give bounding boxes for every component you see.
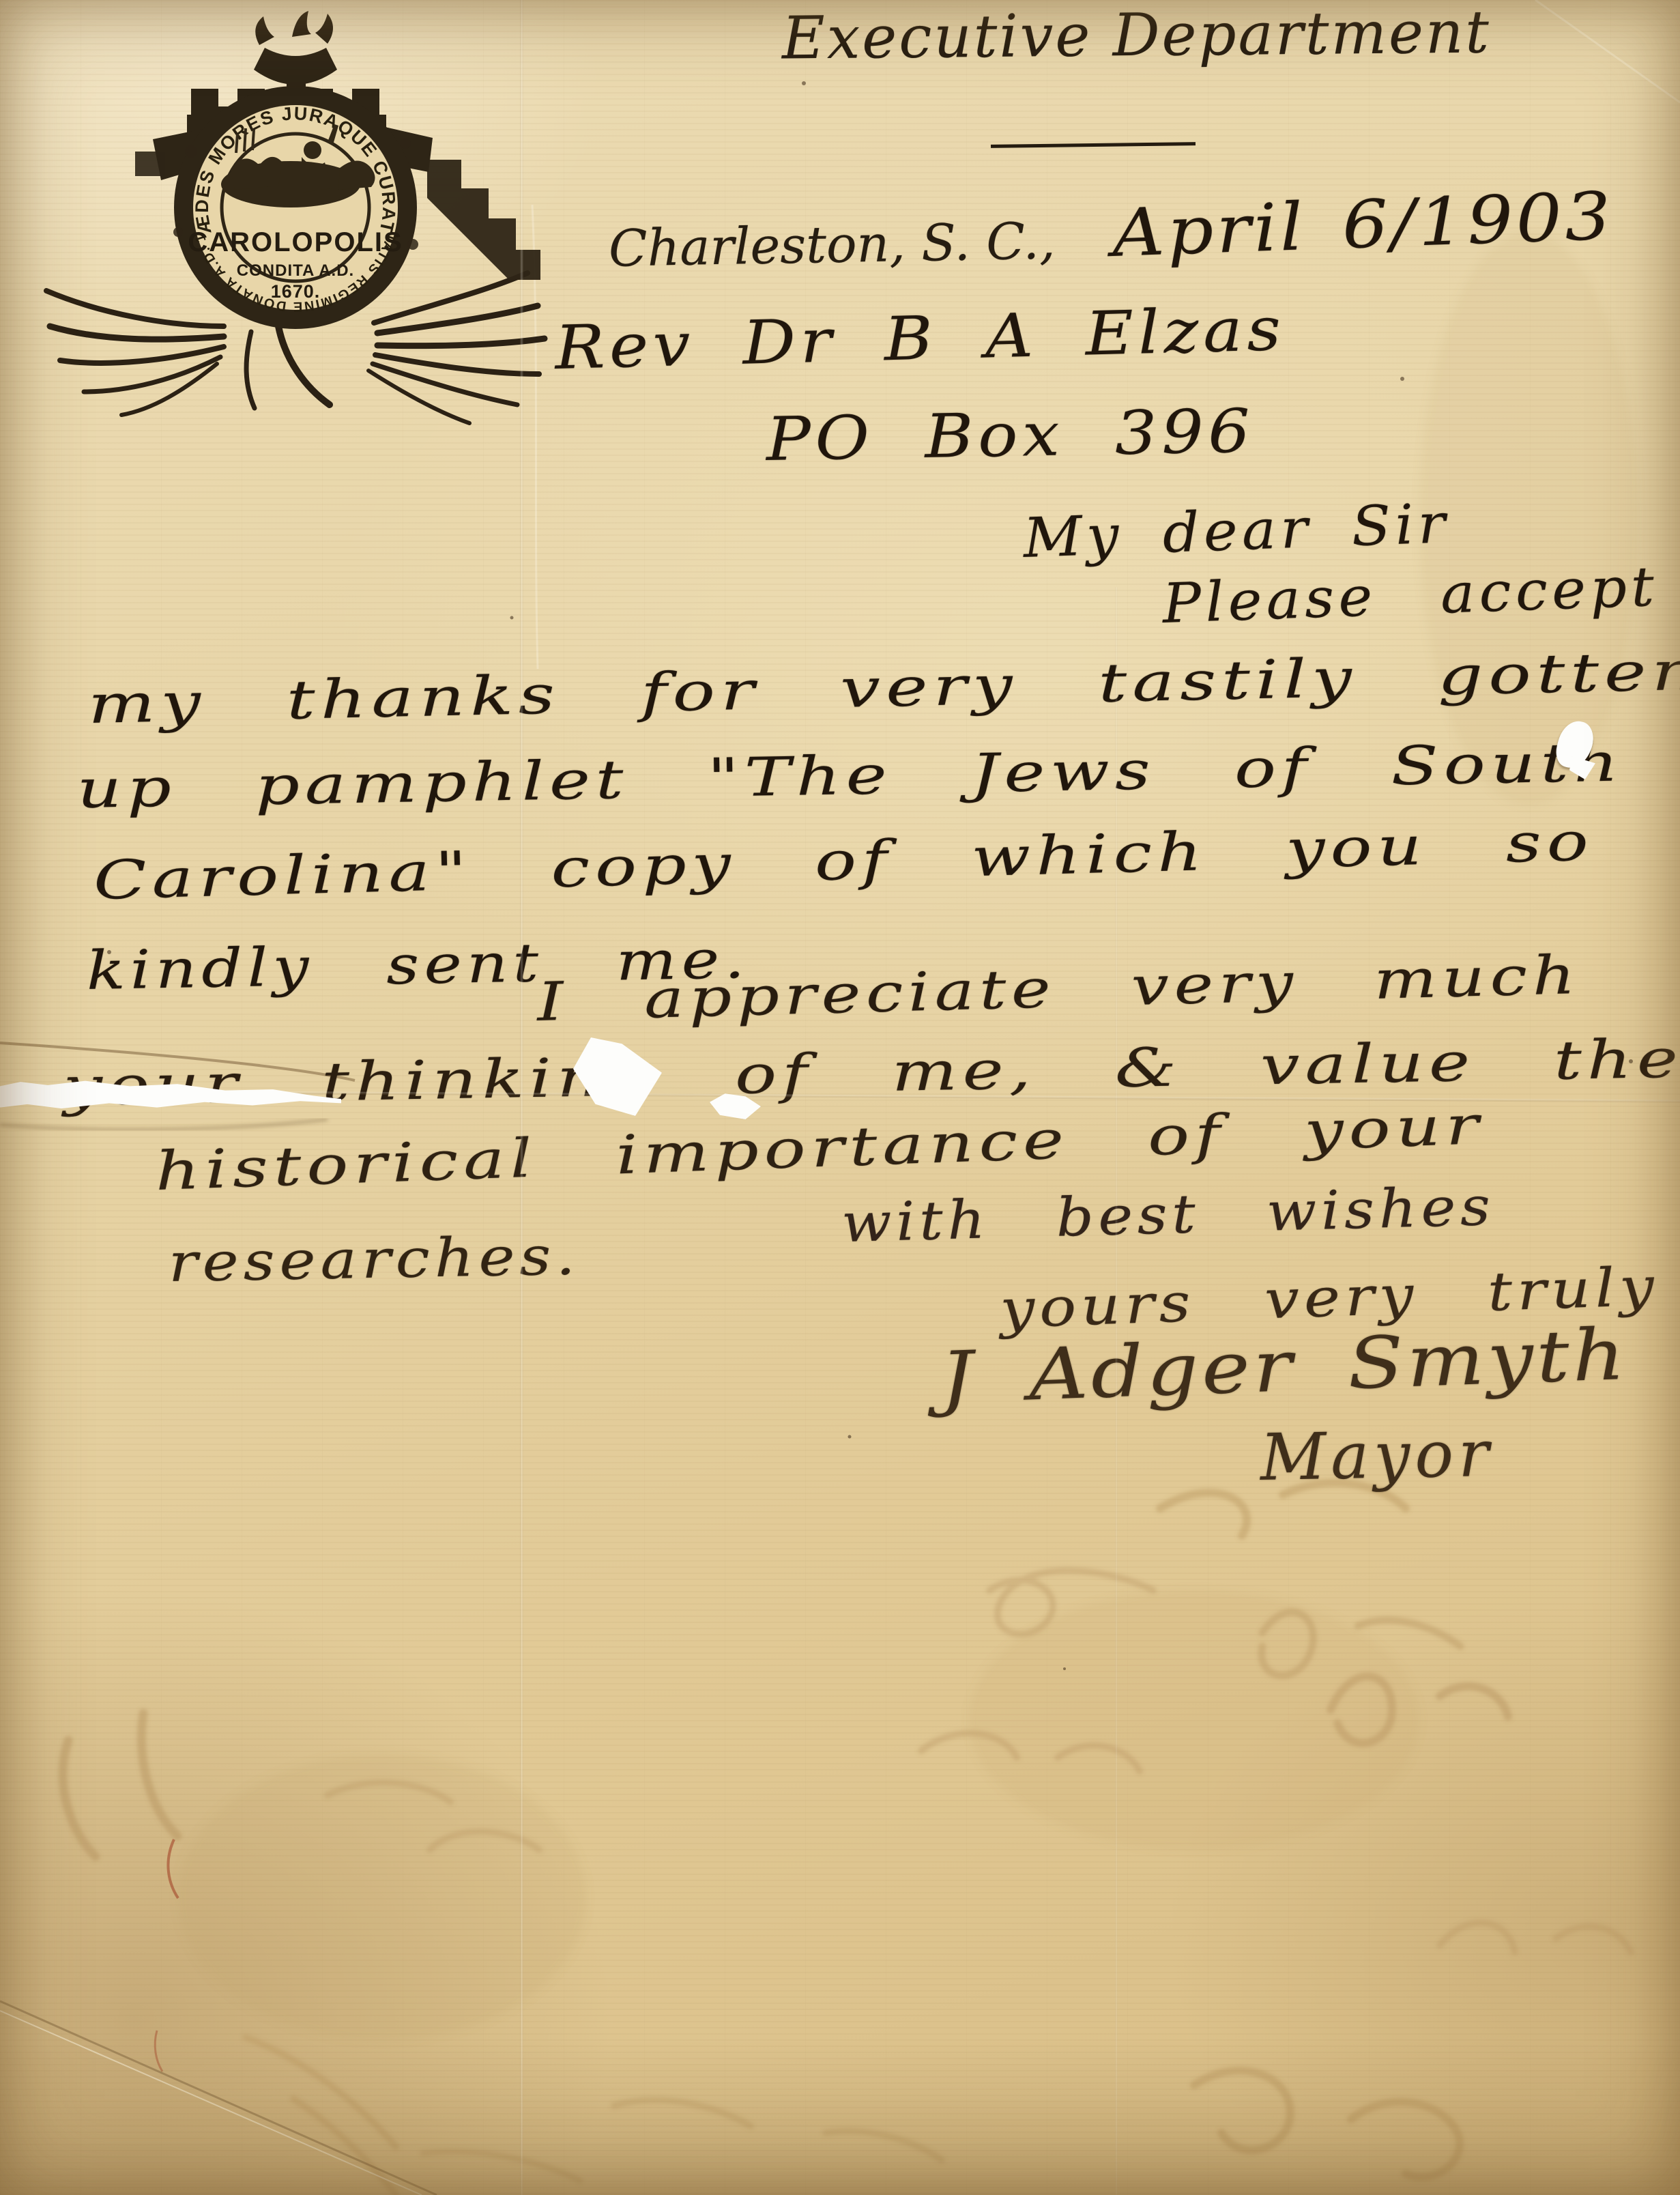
seal-condita: CONDITA A.D.	[237, 261, 354, 280]
scanned-letter-page: ÆDES MORES JURAQUE CURAT CIVITATIS REGIM…	[0, 0, 1680, 2195]
seal-name: CAROLOPOLIS	[188, 227, 403, 257]
charleston-city-seal: ÆDES MORES JURAQUE CURAT CIVITATIS REGIM…	[19, 5, 551, 429]
letterhead-title: Executive Department	[782, 0, 1492, 73]
red-ink-marks	[155, 1839, 178, 2071]
recipient-address: PO Box 396	[766, 396, 1255, 474]
seal-year: 1670.	[271, 281, 321, 302]
letterhead-place-line: Charleston, S. C.,	[608, 212, 1056, 278]
signature-title: Mayor	[1260, 1417, 1494, 1495]
body-line: researches.	[168, 1225, 580, 1294]
